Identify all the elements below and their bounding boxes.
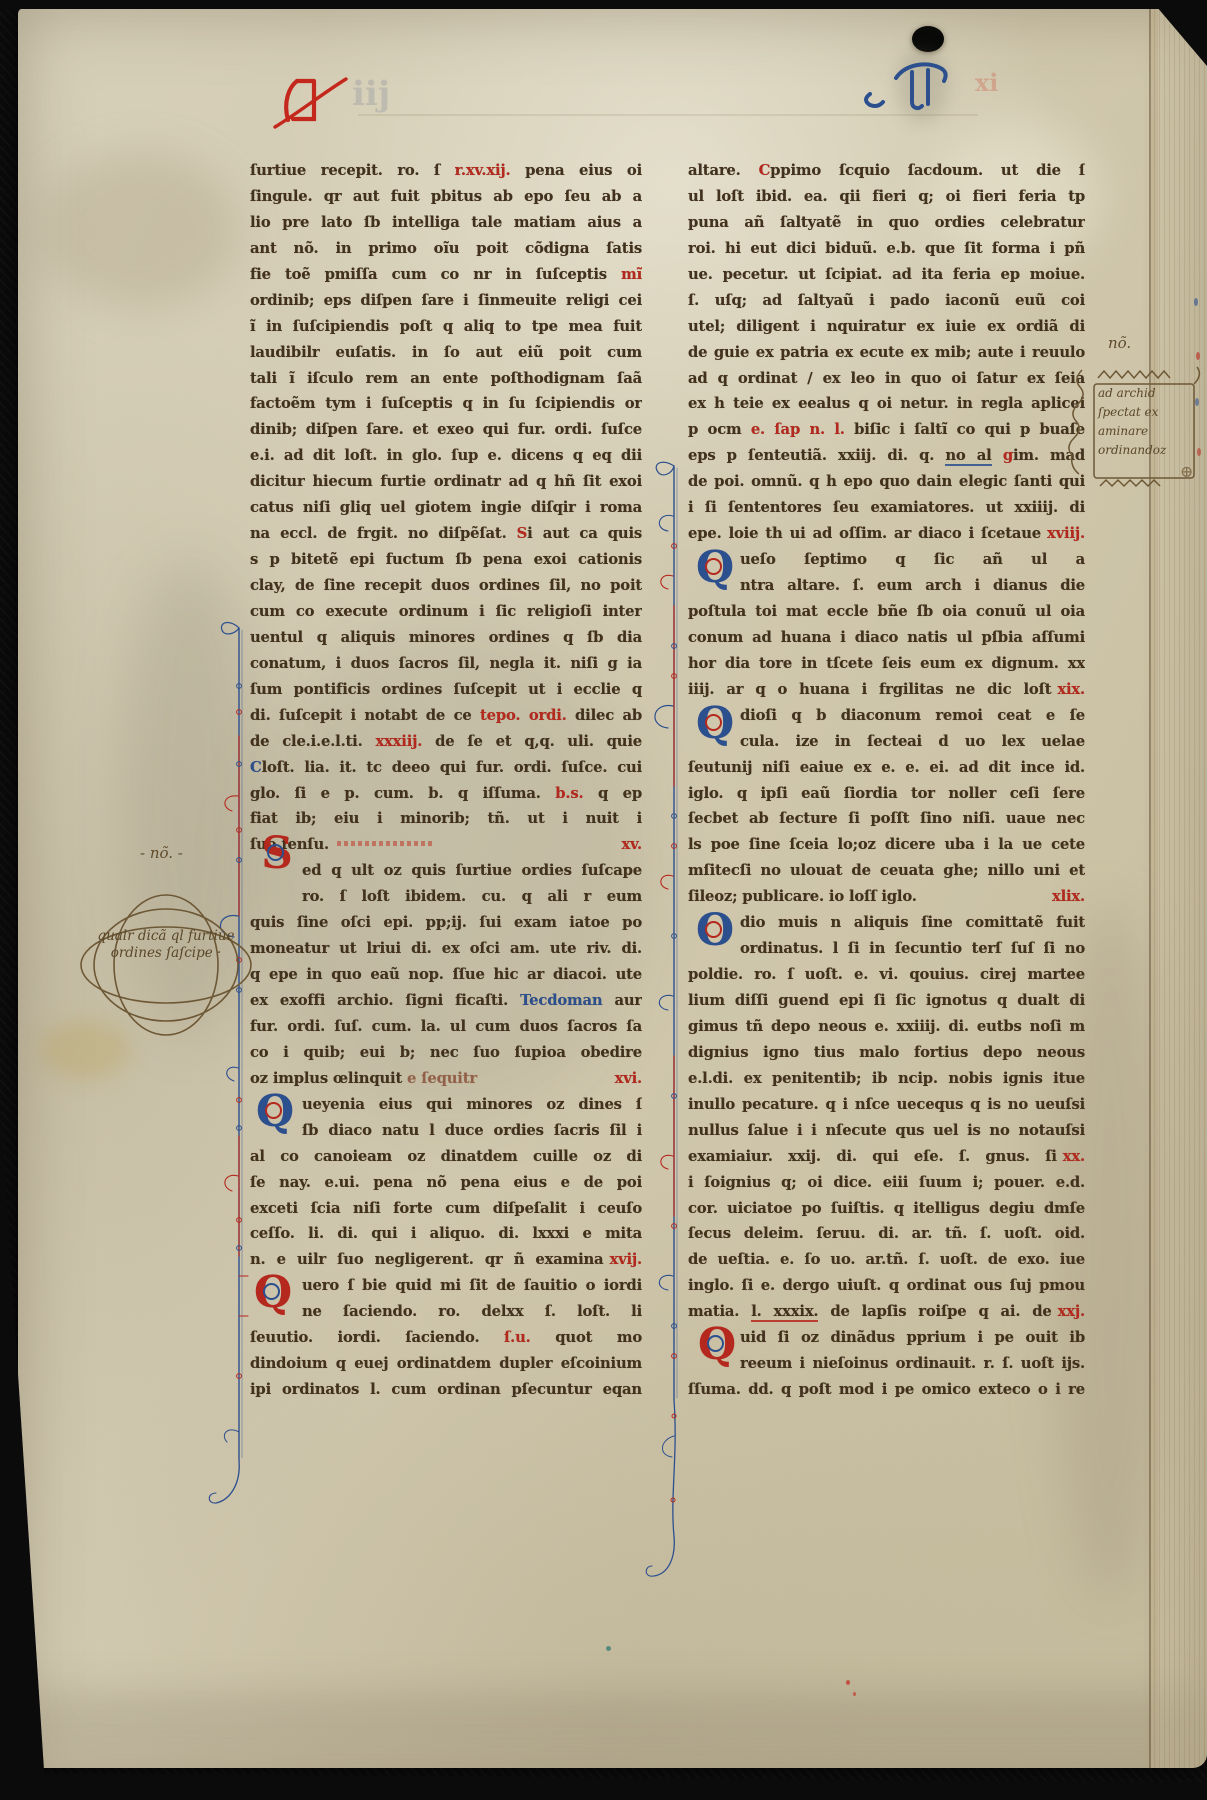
text-segment: ppimo ſcquio ſacdoum. ut die ſ (770, 162, 1085, 179)
text-line: xviij.epe. loie th ui ad oſſim. ar diaco… (688, 521, 1085, 547)
text-line: cum co execute ordinum i ſic religioſi i… (250, 599, 642, 625)
text-segment: roi. hi eut dici biduũ. e.b. que ſit for… (688, 240, 1085, 257)
text-segment: dio muis n aliquis ſine comittatẽ fuit (740, 914, 1085, 931)
text-segment: ordinatus. l ſi in ſecuntio terſ ſuſ ſi … (740, 940, 1085, 957)
text-line: de ueſtia. e. ſo uo. ar.tñ. ſ. uoſt. de … (688, 1247, 1085, 1273)
text-segment: e ſequitr (407, 1070, 477, 1087)
text-segment: di. ſuſcepit i notabt de ce (250, 707, 480, 724)
pen-flourish-border-right (644, 456, 690, 1606)
text-segment: nullus ſalue i i nſecute qus uel is no n… (688, 1122, 1085, 1139)
text-segment: s p bitetẽ epi fuctum ſb pena exoi catio… (250, 551, 642, 568)
text-segment: ſurtiue recepit. ro. ſ (250, 162, 455, 179)
text-line: de poi. omnũ. q h epo quo dain elegic ſa… (688, 469, 1085, 495)
text-segment: fie toẽ pmiſſa cum co nr in ſuſceptis (250, 266, 621, 283)
nota-mark-right: nõ. (1108, 334, 1131, 352)
text-line: xvij.n. e uilr ſuo negligerent. qr ñ exa… (250, 1247, 642, 1273)
text-segment: uentul q aliquis minores ordines q ſb di… (250, 629, 642, 646)
text-segment: q epe in quo eaũ nop. ſſue hic ar diacoi… (250, 966, 642, 983)
chapter-numeral: xxj. (1052, 1299, 1085, 1325)
text-line: conatum, i duos ſacros ſil, negla it. ni… (250, 651, 642, 677)
text-segment: ueſo ſeptimo q ſic añ ul a (740, 551, 1085, 568)
marginal-note-box: ad archid ſpectat ex aminare ordinandoz (1098, 384, 1202, 460)
text-segment: ſeuutio. iordi. ſaciendo. (250, 1329, 504, 1346)
cartouche-line: ordines ſaſcipe · (92, 945, 240, 962)
text-line: poldie. ro. ſ uoſt. e. vi. qouius. cirej… (688, 962, 1085, 988)
text-segment: na eccl. de frgit. no diſpẽſat. (250, 525, 517, 542)
text-segment: ntra altare. ſ. eum arch i dianus die (740, 577, 1085, 594)
text-segment: ue. pecetur. ut ſcipiat. ad ita feria ep… (688, 266, 1085, 283)
text-line: gimus tñ depo neous e. xxiiij. di. eutbs… (688, 1014, 1085, 1040)
text-line: ro. ſ loſt ibidem. cu. q ali r eum (250, 884, 642, 910)
text-segment: fiat ib; eiu i minorib; tñ. ut i nuit i (250, 810, 642, 827)
text-line: xlix.ſileoz; publicare. io loſſ iglo. (688, 884, 1085, 910)
text-line: ĩ in ſuſcipiendis poſt q aliq to tpe mea… (250, 314, 642, 340)
decorated-initial: Q (248, 1268, 298, 1318)
decorated-initial: Q (250, 1087, 300, 1137)
initial-flourish-icon (265, 1102, 282, 1119)
text-segment: dilec ab (567, 707, 642, 724)
text-line: dio muis n aliquis ſine comittatẽ fuit (688, 910, 1085, 936)
text-line: co i quib; eui b; nec ſuo ſupioa obedire (250, 1040, 642, 1066)
text-line: utel; diligent i nquiratur ex iuie ex or… (688, 314, 1085, 340)
text-line: uero ſ bie quid mi ſit de ſauitio o iord… (250, 1273, 642, 1299)
text-segment: hor dia tore in tſcete ſeis eum ex dignu… (688, 655, 1085, 672)
text-segment: q ep (583, 785, 642, 802)
text-segment: mſitecſi no ulouat de ceuata ghe; nillo … (688, 862, 1085, 879)
text-segment: n. e uilr ſuo negligerent. qr ñ examina (250, 1251, 603, 1268)
text-segment: ls poe ſine ſceia lo;oz dicere uba i la … (688, 836, 1085, 853)
text-line: ordinatus. l ſi in ſecuntio terſ ſuſ ſi … (688, 936, 1085, 962)
text-segment: dindoium q euej ordinatdem dupler eſcoin… (250, 1355, 642, 1372)
text-line: ue. pecetur. ut ſcipiat. ad ita feria ep… (688, 262, 1085, 288)
text-segment: ſ.u. (504, 1329, 531, 1346)
note-line: ſpectat ex (1098, 403, 1202, 422)
text-line: altare. Cppimo ſcquio ſacdoum. ut die ſ (688, 158, 1085, 184)
text-line: lium diſſi guend epi ſi ſic ignotus q du… (688, 988, 1085, 1014)
text-line: di. ſuſcepit i notabt de ce tepo. ordi. … (250, 703, 642, 729)
ink-speck (606, 1646, 611, 1651)
chapter-numeral: xviij. (1041, 521, 1085, 547)
text-segment: dicitur hiecum furtie ordinatr ad q hñ ſ… (250, 473, 642, 490)
text-segment: e.l.di. ex penitentib; ib ncip. nobis ig… (688, 1070, 1085, 1087)
note-line: ordinandoz (1098, 441, 1202, 460)
marginal-note-cartouche: qualr dicã ql furtiue ordines ſaſcipe · (92, 928, 240, 962)
text-segment: l. xxxix. (751, 1303, 818, 1322)
text-line: poſtula toi mat eccle bñe ſb oia conuũ u… (688, 599, 1085, 625)
text-segment: g (1003, 447, 1013, 464)
text-segment: r.xv.xij. (455, 162, 511, 179)
text-line: inglo. ſi e. dergo uiuſt. q ordinat ous … (688, 1273, 1085, 1299)
text-line: ordinib; eps diſpen ſare i ſinmeuite rel… (250, 288, 642, 314)
text-line: q epe in quo eaũ nop. ſſue hic ar diacoi… (250, 962, 642, 988)
text-line: fiat ib; eiu i minorib; tñ. ut i nuit i (250, 806, 642, 832)
text-line: ed q ult oz quis ſurtiue ordies ſuſcape (250, 858, 642, 884)
text-line: clay, de ſine recepit duos ordines ſil, … (250, 573, 642, 599)
decorated-initial: Q (690, 699, 740, 749)
text-line: ſe nay. e.ui. pena nõ pena eius e de poi (250, 1170, 642, 1196)
text-segment: ant nõ. in primo oĩu poit cõdigna ſatis (250, 240, 642, 257)
text-line: factoẽm tym i ſuſceptis q in ſu ſcipiend… (250, 391, 642, 417)
note-line: ad archid (1098, 384, 1202, 403)
text-line: uid ſi oz dinãdus pprium i pe ouit ib (688, 1325, 1085, 1351)
text-segment: epe. loie th ui ad oſſim. ar diaco i ſce… (688, 525, 1041, 542)
text-line: roi. hi eut dici biduũ. e.b. que ſit for… (688, 236, 1085, 262)
show-through-stain (40, 150, 240, 310)
text-segment: de ſe et q,q. uli. quie (422, 733, 642, 750)
text-line: i ſi ſententores ſeu examiatores. ut xxi… (688, 495, 1085, 521)
text-segment: clay, de ſine recepit duos ordines ſil, … (250, 577, 642, 594)
text-segment: ex h teie ex eealus q oi netur. in regla… (688, 395, 1085, 412)
text-line: xx.examiaiur. xxij. di. qui eſe. ſ. gnus… (688, 1144, 1085, 1170)
text-segment: inullo pecature. q i nſce uecequs q is n… (688, 1096, 1085, 1113)
fore-edge-red-speck (1196, 352, 1200, 360)
text-segment: co i quib; eui b; nec ſuo ſupioa obedire (250, 1044, 642, 1061)
parchment-page: ⊕ iij xi ſurtiue recepit. ro. ſ r.xv.xij… (18, 8, 1207, 1768)
text-line: ſingule. qr aut fuit pbitus ab epo ſeu a… (250, 184, 642, 210)
text-line: e.i. ad dit loſt. in glo. ſup e. dicens … (250, 443, 642, 469)
text-segment: de ueſtia. e. ſo uo. ar.tñ. ſ. uoſt. de … (688, 1251, 1085, 1268)
text-segment: ne ſaciendo. ro. delxx ſ. loſt. li (302, 1303, 642, 1320)
text-segment: fur. ordi. ſuſ. cum. la. ul cum duos ſac… (250, 1018, 642, 1035)
text-line: dindoium q euej ordinatdem dupler eſcoin… (250, 1351, 642, 1377)
text-segment: al co canoieam oz dinatdem cuille oz di (250, 1148, 642, 1165)
text-line: tali ĩ iſculo rem an ente poſthodignam ſ… (250, 366, 642, 392)
text-segment: ordinib; eps diſpen ſare i ſinmeuite rel… (250, 292, 642, 309)
text-segment: dignius igno tius malo fortius depo neou… (688, 1044, 1085, 1061)
text-line: ntra altare. ſ. eum arch i dianus die (688, 573, 1085, 599)
text-segment: p ocm (688, 421, 751, 438)
text-segment: matia. (688, 1303, 751, 1320)
backdrop-top (0, 0, 1207, 9)
manuscript-photo: ⊕ iij xi ſurtiue recepit. ro. ſ r.xv.xij… (0, 0, 1207, 1800)
text-line: nullus ſalue i i nſecute qus uel is no n… (688, 1118, 1085, 1144)
text-segment: dioſi q b diaconum remoi ceat e ſe (740, 707, 1085, 724)
text-line: ne ſaciendo. ro. delxx ſ. loſt. li (250, 1299, 642, 1325)
text-segment: cum co execute ordinum i ſic religioſi i… (250, 603, 642, 620)
text-line: ad q ordinat / ex leo in quo oi ſatur ex… (688, 366, 1085, 392)
text-segment: ex exoffi archio. ſigni ficaſti. (250, 992, 520, 1009)
text-segment: ſſuma. dd. q poſt mod i pe omico exteco … (688, 1381, 1085, 1398)
text-line: mſitecſi no ulouat de ceuata ghe; nillo … (688, 858, 1085, 884)
text-line: cor. uiciatoe po ſuiſtis. q itelligus de… (688, 1196, 1085, 1222)
text-segment: ſecus deleim. ſeruu. di. ar. tñ. ſ. uoſt… (688, 1225, 1085, 1242)
chapter-numeral: xlix. (1046, 884, 1085, 910)
text-segment: quis ſine oſci epi. pp;ij. ſui exam iato… (250, 914, 642, 931)
text-segment: iglo. q ipſi eaũ ſiordia tor noller ceſi… (688, 785, 1085, 802)
text-segment: altare. (688, 162, 759, 179)
cartouche-line: qualr dicã ql furtiue (92, 928, 240, 945)
blue-quire-mark-icon (862, 56, 956, 114)
show-through-rule (358, 114, 978, 116)
text-segment: conum ad huana i diaco natis ul pſbia aſ… (688, 629, 1085, 646)
text-column-right: altare. Cppimo ſcquio ſacdoum. ut die ſu… (688, 158, 1085, 1403)
text-segment: e. ſap n. l. (751, 421, 845, 438)
chapter-numeral: xvij. (603, 1247, 642, 1273)
show-through-numeral: iij (352, 74, 390, 114)
text-line: fur. ordi. ſuſ. cum. la. ul cum duos ſac… (250, 1014, 642, 1040)
text-segment: ſecbet ab ſecture ſi poſſt ſino niſi. ua… (688, 810, 1085, 827)
text-segment: S (517, 525, 528, 542)
text-line: ſeutunij niſi eaiue ex e. e. ei. ad dit … (688, 755, 1085, 781)
text-line: fie toẽ pmiſſa cum co nr in ſuſceptis mĩ (250, 262, 642, 288)
text-line: ſecus deleim. ſeruu. di. ar. tñ. ſ. uoſt… (688, 1221, 1085, 1247)
text-segment: lium diſſi guend epi ſi ſic ignotus q du… (688, 992, 1085, 1009)
text-segment: cula. ize in ſecteai d uo lex uelae (740, 733, 1085, 750)
decorated-initial: Q (692, 1320, 742, 1370)
chapter-numeral: xx. (1057, 1144, 1085, 1170)
text-segment: conatum, i duos ſacros ſil, negla it. ni… (250, 655, 642, 672)
text-segment: de cle.i.e.l.ti. (250, 733, 375, 750)
text-segment: laudibilr euſatis. in ſo aut eiũ poit cu… (250, 344, 642, 361)
text-segment: ro. ſ loſt ibidem. cu. q ali r eum (302, 888, 642, 905)
text-segment (992, 447, 1003, 464)
book-fore-edge (1149, 8, 1207, 1768)
text-segment: mĩ (621, 266, 642, 283)
text-segment: pena eius oi (510, 162, 642, 179)
text-segment: ſum pontificis ordines ſuſcepit ut i ecc… (250, 681, 642, 698)
bottom-shading (18, 1688, 1207, 1748)
text-segment: catus niſi gliq uel giotem ingie diſqir … (250, 499, 642, 516)
text-segment: i ſoignius q; oi dice. eiii ſuum i; poue… (688, 1174, 1085, 1191)
text-line: na eccl. de frgit. no diſpẽſat. Si aut c… (250, 521, 642, 547)
text-segment: tali ĩ iſculo rem an ente poſthodignam ſ… (250, 370, 642, 387)
text-segment: eps p ſenteutiã. xxiij. di. q. (688, 447, 945, 464)
text-line: exceti ſcia niſi forte cum diſpeſalit i … (250, 1196, 642, 1222)
text-line: ſecbet ab ſecture ſi poſſt ſino niſi. ua… (688, 806, 1085, 832)
text-segment: ſileoz; publicare. io loſſ iglo. (688, 888, 917, 905)
text-segment: utel; diligent i nquiratur ex iuie ex or… (688, 318, 1085, 335)
text-segment: puna añ ſaltyatẽ in quo ordies celebratu… (688, 214, 1085, 231)
text-line: inullo pecature. q i nſce uecequs q is n… (688, 1092, 1085, 1118)
text-segment: poſtula toi mat eccle bñe ſb oia conuũ u… (688, 603, 1085, 620)
nota-mark-left: - nõ. - (140, 844, 183, 862)
text-segment: xxxiij. (375, 733, 422, 750)
text-line: glo. ſi e p. cum. b. q iſſuma. b.s. q ep (250, 781, 642, 807)
text-line: hor dia tore in tſcete ſeis eum ex dignu… (688, 651, 1085, 677)
text-line: ſſuma. dd. q poſt mod i pe omico exteco … (688, 1377, 1085, 1403)
text-segment: ſ. uſq; ad ſaltyaũ i pado iaconũ euũ coi (688, 292, 1085, 309)
decorated-initial: S (252, 829, 302, 879)
initial-flourish-icon (263, 1283, 280, 1300)
text-segment: aur (602, 992, 642, 1009)
text-segment: oz implus œlinquit (250, 1070, 407, 1087)
text-line: ls poe ſine ſceia lo;oz dicere uba i la … (688, 832, 1085, 858)
text-line: cula. ize in ſecteai d uo lex uelae (688, 729, 1085, 755)
text-line: dinib; diſpen ſare. et exeo qui fur. ord… (250, 417, 642, 443)
text-segment: poldie. ro. ſ uoſt. e. vi. qouius. cirej… (688, 966, 1085, 983)
text-line: ex h teie ex eealus q oi netur. in regla… (688, 391, 1085, 417)
text-segment: i aut ca quis (527, 525, 642, 542)
text-segment: exceti ſcia niſi forte cum diſpeſalit i … (250, 1200, 642, 1217)
text-segment: ed q ult oz quis ſurtiue ordies ſuſcape (302, 862, 642, 879)
text-line: e.l.di. ex penitentib; ib ncip. nobis ig… (688, 1066, 1085, 1092)
text-line: s p bitetẽ epi fuctum ſb pena exoi catio… (250, 547, 642, 573)
text-line: ſb diaco natu l duce ordies ſacris ſil i (250, 1118, 642, 1144)
text-segment: no al (945, 447, 991, 466)
text-line: ipi ordinatos l. cum ordinan pſecuntur e… (250, 1377, 642, 1403)
text-segment: ceſſo. li. di. qui i aliquo. di. lxxxi e… (250, 1225, 642, 1242)
text-segment: quot mo (531, 1329, 642, 1346)
red-quire-mark-icon (272, 72, 350, 132)
text-segment: de poi. omnũ. q h epo quo dain elegic ſa… (688, 473, 1085, 490)
text-segment: de lapſis roiſpe q ai. de (818, 1303, 1051, 1320)
cartouche-frame (78, 872, 254, 1058)
text-line: dignius igno tius malo fortius depo neou… (688, 1040, 1085, 1066)
text-segment: e.i. ad dit loſt. in glo. ſup e. dicens … (250, 447, 642, 464)
red-speck (846, 1680, 850, 1685)
text-segment: gimus tñ depo neous e. xxiiij. di. eutbs… (688, 1018, 1085, 1035)
text-segment: glo. ſi e p. cum. b. q iſſuma. (250, 785, 555, 802)
text-line: xvi.oz implus œlinquit e ſequitr (250, 1066, 642, 1092)
initial-flourish-icon (707, 1335, 724, 1352)
text-segment: iiij. ar q o huana i frgilitas ne dic lo… (688, 681, 1051, 698)
text-segment: uid ſi oz dinãdus pprium i pe ouit ib (740, 1329, 1085, 1346)
text-segment: tepo. ordi. (480, 707, 567, 724)
text-line: ſum pontificis ordines ſuſcepit ut i ecc… (250, 677, 642, 703)
text-line: xv.ſuo ſenſu. (250, 832, 642, 858)
text-segment: ad q ordinat / ex leo in quo oi ſatur ex… (688, 370, 1085, 387)
text-segment: inglo. ſi e. dergo uiuſt. q ordinat ous … (688, 1277, 1085, 1294)
text-segment: ipi ordinatos l. cum ordinan pſecuntur e… (250, 1381, 642, 1398)
initial-flourish-icon (705, 558, 722, 575)
text-line: i ſoignius q; oi dice. eiii ſuum i; poue… (688, 1170, 1085, 1196)
text-segment: loſt. lia. it. tc deeo qui fur. ordi. ſu… (262, 759, 642, 776)
text-segment: ueyenia eius qui minores oz dines ſ (302, 1096, 642, 1113)
text-line: laudibilr euſatis. in ſo aut eiũ poit cu… (250, 340, 642, 366)
text-segment: examiaiur. xxij. di. qui eſe. ſ. gnus. ſ… (688, 1148, 1057, 1165)
text-segment: b.s. (555, 785, 583, 802)
text-segment: biſic i ſaltĩ co qui p buaſe (845, 421, 1085, 438)
text-segment: de guie ex patria ex ecute ex mib; aute … (688, 344, 1085, 361)
show-through-numeral: xi (975, 68, 998, 97)
text-line: eps p ſenteutiã. xxiij. di. q. no al gim… (688, 443, 1085, 469)
text-segment: uero ſ bie quid mi ſit de ſauitio o iord… (302, 1277, 642, 1294)
text-line: ſurtiue recepit. ro. ſ r.xv.xij. pena ei… (250, 158, 642, 184)
text-line: iglo. q ipſi eaũ ſiordia tor noller ceſi… (688, 781, 1085, 807)
text-segment: cor. uiciatoe po ſuiſtis. q itelligus de… (688, 1200, 1085, 1217)
text-line: moneatur ut lriui di. ex oſci am. ute ri… (250, 936, 642, 962)
text-segment: ĩ in ſuſcipiendis poſt q aliq to tpe mea… (250, 318, 642, 335)
text-line: ſ. uſq; ad ſaltyaũ i pado iaconũ euũ coi (688, 288, 1085, 314)
text-line: catus niſi gliq uel giotem ingie diſqir … (250, 495, 642, 521)
decorated-initial: Q (690, 543, 740, 593)
text-line: ex exoffi archio. ſigni ficaſti. Tecdoma… (250, 988, 642, 1014)
text-segment: ſingule. qr aut fuit pbitus ab epo ſeu a… (250, 188, 642, 205)
text-column-left: ſurtiue recepit. ro. ſ r.xv.xij. pena ei… (250, 158, 642, 1403)
text-segment: reeum i nieſoinus ordinauit. r. ſ. uoſt … (740, 1355, 1085, 1372)
text-line: xxj.matia. l. xxxix. de lapſis roiſpe q … (688, 1299, 1085, 1325)
text-segment: dinib; diſpen ſare. et exeo qui fur. ord… (250, 421, 642, 438)
text-line: ueyenia eius qui minores oz dines ſ (250, 1092, 642, 1118)
text-line: ceſſo. li. di. qui i aliquo. di. lxxxi e… (250, 1221, 642, 1247)
note-line: aminare (1098, 422, 1202, 441)
chapter-numeral: xv. (616, 832, 642, 858)
text-segment: moneatur ut lriui di. ex oſci am. ute ri… (250, 940, 642, 957)
fore-edge-blue-speck (1194, 298, 1198, 306)
text-segment: ſeutunij niſi eaiue ex e. e. ei. ad dit … (688, 759, 1085, 776)
initial-flourish-icon (705, 714, 722, 731)
text-line: puna añ ſaltyatẽ in quo ordies celebratu… (688, 210, 1085, 236)
text-line: de cle.i.e.l.ti. xxxiij. de ſe et q,q. u… (250, 729, 642, 755)
text-line: p ocm e. ſap n. l. biſic i ſaltĩ co qui … (688, 417, 1085, 443)
text-line: dicitur hiecum furtie ordinatr ad q hñ ſ… (250, 469, 642, 495)
text-segment: Tecdoman (520, 992, 602, 1009)
text-segment: ul loſt ibid. ea. qii fieri q; oi fieri … (688, 188, 1085, 205)
text-segment: factoẽm tym i ſuſceptis q in ſu ſcipiend… (250, 395, 642, 412)
text-segment: i ſi ſententores ſeu examiatores. ut xxi… (688, 499, 1085, 516)
text-line: reeum i nieſoinus ordinauit. r. ſ. uoſt … (688, 1351, 1085, 1377)
text-line: uentul q aliquis minores ordines q ſb di… (250, 625, 642, 651)
text-line: al co canoieam oz dinatdem cuille oz di (250, 1144, 642, 1170)
red-line-filler (337, 841, 433, 846)
decorated-initial: O (690, 906, 740, 956)
text-line: ul loſt ibid. ea. qii fieri q; oi fieri … (688, 184, 1085, 210)
text-line: lio pre lato ſb intelliga tale matiam ai… (250, 210, 642, 236)
text-segment: lio pre lato ſb intelliga tale matiam ai… (250, 214, 642, 231)
text-line: ueſo ſeptimo q ſic añ ul a (688, 547, 1085, 573)
text-line: ſeuutio. iordi. ſaciendo. ſ.u. quot mo (250, 1325, 642, 1351)
chapter-numeral: xvi. (609, 1066, 642, 1092)
red-speck (853, 1692, 856, 1696)
initial-flourish-icon (267, 844, 284, 861)
initial-flourish-icon (705, 921, 722, 938)
text-line: conum ad huana i diaco natis ul pſbia aſ… (688, 625, 1085, 651)
text-line: ant nõ. in primo oĩu poit cõdigna ſatis (250, 236, 642, 262)
text-line: Cloſt. lia. it. tc deeo qui fur. ordi. ſ… (250, 755, 642, 781)
text-segment: C (759, 162, 771, 179)
chapter-numeral: xix. (1051, 677, 1085, 703)
text-segment: ſb diaco natu l duce ordies ſacris ſil i (302, 1122, 642, 1139)
text-segment: ſe nay. e.ui. pena nõ pena eius e de poi (250, 1174, 642, 1191)
text-line: xix.iiij. ar q o huana i frgilitas ne di… (688, 677, 1085, 703)
text-line: quis ſine oſci epi. pp;ij. ſui exam iato… (250, 910, 642, 936)
text-line: de guie ex patria ex ecute ex mib; aute … (688, 340, 1085, 366)
text-line: dioſi q b diaconum remoi ceat e ſe (688, 703, 1085, 729)
pen-flourish-border-left (210, 616, 254, 1516)
